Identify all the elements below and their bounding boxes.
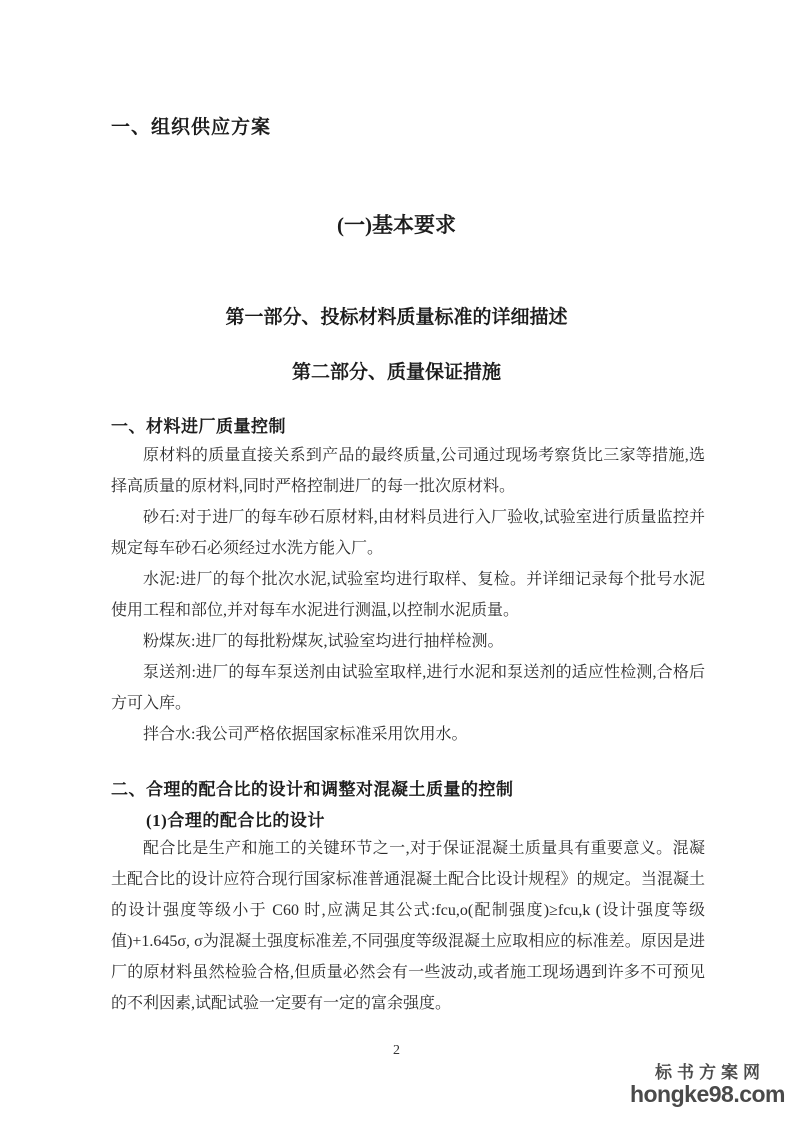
paragraph-sand-stone: 砂石:对于进厂的每车砂石原材料,由材料员进行入厂验收,试验室进行质量监控并规定每… (111, 502, 705, 564)
paragraph-mixing-water: 拌合水:我公司严格依据国家标准采用饮用水。 (111, 719, 705, 750)
section2-subheading: (1)合理的配合比的设计 (146, 806, 325, 831)
section2-body: 配合比是生产和施工的关键环节之一,对于保证混凝土质量具有重要意义。混凝土配合比的… (111, 833, 705, 1019)
basic-requirements-heading: (一)基本要求 (0, 209, 793, 239)
watermark-site-name: 标书方案网 (630, 1063, 785, 1082)
watermark-site-url: hongke98.com (630, 1082, 785, 1106)
paragraph-cement: 水泥:进厂的每个批次水泥,试验室均进行取样、复检。并详细记录每个批号水泥使用工程… (111, 564, 705, 626)
part2-heading: 第二部分、质量保证措施 (0, 357, 793, 384)
page-number: 2 (0, 1043, 793, 1059)
paragraph-fly-ash: 粉煤灰:进厂的每批粉煤灰,试验室均进行抽样检测。 (111, 626, 705, 657)
section1-heading: 一、材料进厂质量控制 (111, 412, 286, 437)
part1-heading: 第一部分、投标材料质量标准的详细描述 (0, 302, 793, 329)
main-title: 一、组织供应方案 (111, 112, 271, 139)
section2-heading: 二、合理的配合比的设计和调整对混凝土质量的控制 (111, 775, 514, 800)
paragraph-mix-ratio-design: 配合比是生产和施工的关键环节之一,对于保证混凝土质量具有重要意义。混凝土配合比的… (111, 833, 705, 1019)
section1-body: 原材料的质量直接关系到产品的最终质量,公司通过现场考察货比三家等措施,选择高质量… (111, 440, 705, 750)
document-page: 一、组织供应方案 (一)基本要求 第一部分、投标材料质量标准的详细描述 第二部分… (0, 0, 793, 1122)
paragraph-pumping-agent: 泵送剂:进厂的每车泵送剂由试验室取样,进行水泥和泵送剂的适应性检测,合格后方可入… (111, 657, 705, 719)
paragraph-raw-materials: 原材料的质量直接关系到产品的最终质量,公司通过现场考察货比三家等措施,选择高质量… (111, 440, 705, 502)
watermark: 标书方案网 hongke98.com (630, 1063, 785, 1106)
